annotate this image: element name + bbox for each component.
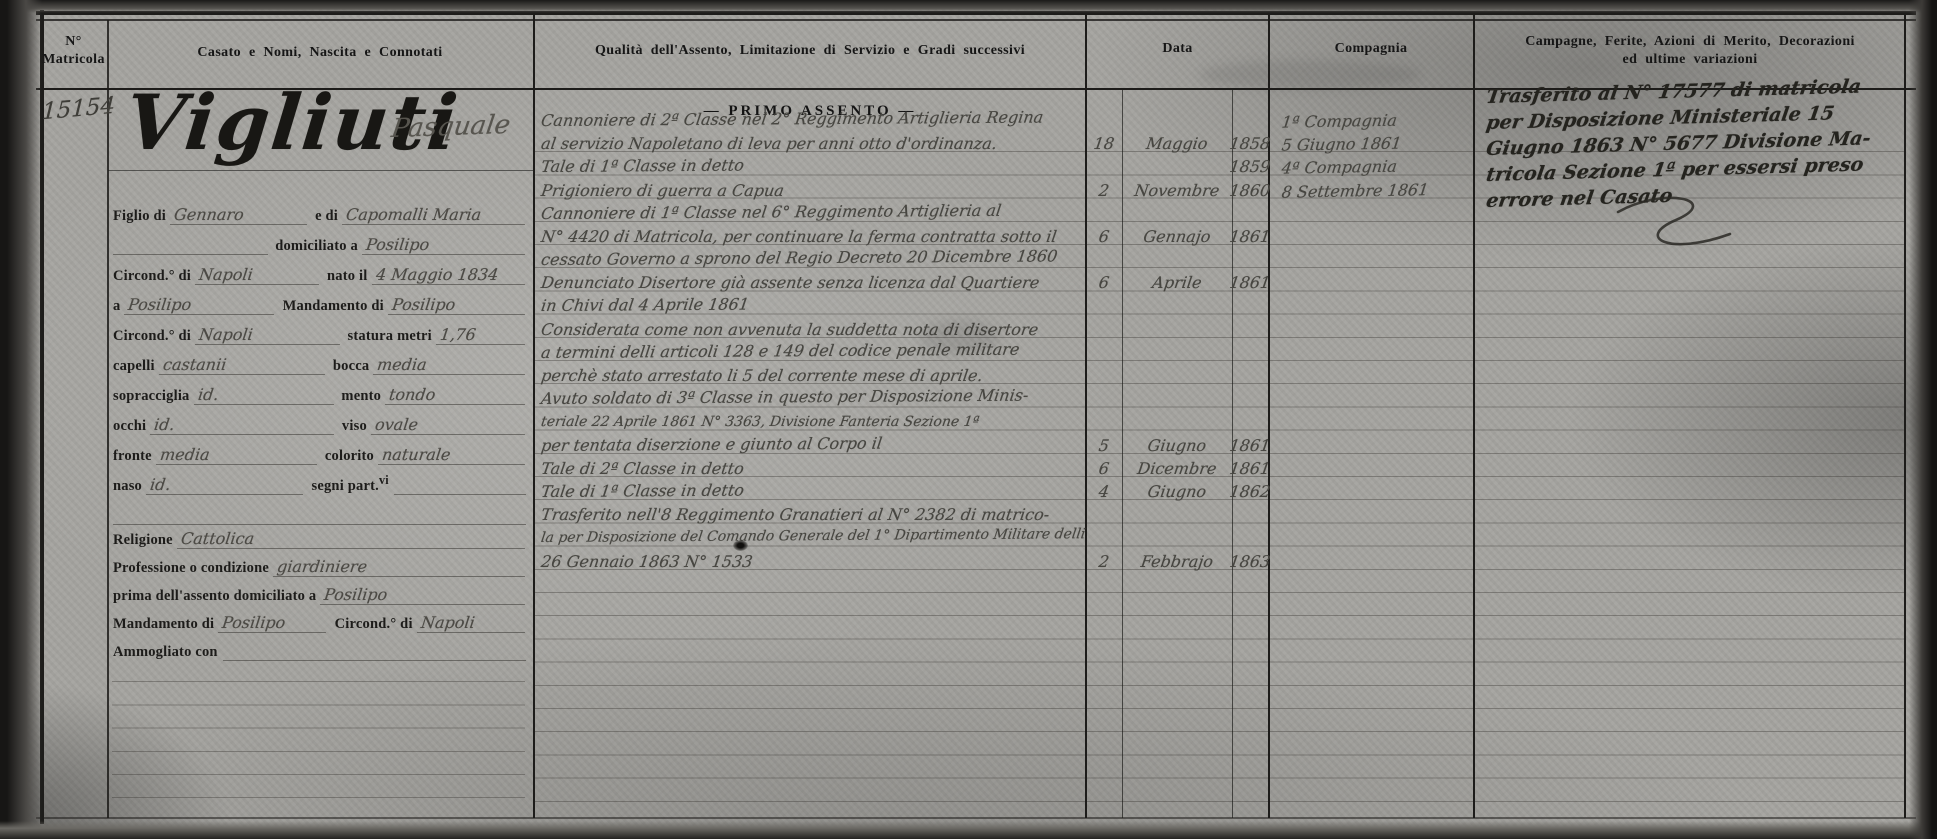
- field-value: Capomalli Maria: [342, 207, 527, 225]
- assento-line: Cannoniere di 2ª Classe nel 2° Reggiment…: [540, 107, 1091, 130]
- paper-smudge: [1200, 60, 1420, 90]
- date-year: 1863: [1227, 552, 1274, 571]
- military-register-scan: N° Matricola Casato e Nomi, Nascita e Co…: [0, 0, 1937, 839]
- matricola-number: 15154: [41, 93, 115, 126]
- field-value: Napoli: [417, 615, 528, 633]
- date-month: Aprile: [1123, 273, 1232, 292]
- date-year: 1861: [1227, 227, 1274, 246]
- flourish-mark: [1610, 198, 1740, 258]
- field-label: occhi: [113, 418, 151, 435]
- date-year: 1861: [1227, 273, 1274, 292]
- assento-line: Tale di 1ª Classe in detto: [540, 478, 1091, 501]
- assento-line: in Chivi dal 4 Aprile 1861: [540, 292, 1091, 315]
- field-value: Posilipo: [362, 237, 527, 255]
- assento-line: Cannoniere di 1ª Classe nel 6° Reggiment…: [540, 200, 1091, 223]
- field-label: bocca: [326, 358, 374, 375]
- field-row-parents: Figlio di Gennaro e di Capomalli Maria: [113, 203, 526, 225]
- field-label: domiciliato a: [268, 238, 363, 255]
- field-label: nato il: [320, 268, 372, 285]
- assento-line: Denunciato Disertore già assente senza l…: [540, 273, 1091, 292]
- assento-line: teriale 22 Aprile 1861 N° 3363, Division…: [540, 414, 1090, 430]
- field-value: [223, 660, 526, 661]
- field-value: id.: [146, 477, 306, 495]
- header-data: Data: [1090, 40, 1265, 58]
- name-underline: [108, 170, 533, 171]
- column-divider-casato: [533, 13, 535, 818]
- field-row-domicile: domiciliato a Posilipo: [113, 233, 526, 255]
- compagnia-entry: 8 Settembre 1861: [1281, 179, 1474, 201]
- assento-line: 26 Gennaio 1863 N° 1533: [540, 552, 1091, 571]
- field-label: segni part.vi: [305, 473, 394, 495]
- field-label: Circond.° di: [113, 328, 196, 345]
- field-value: ovale: [371, 417, 527, 435]
- assento-line: cessato Governo a sprono del Regio Decre…: [540, 246, 1091, 269]
- field-row-birth: Circond.° di Napoli nato il 4 Maggio 183…: [113, 263, 526, 285]
- date-year: 1861: [1227, 459, 1274, 478]
- field-row-blank: [113, 503, 526, 525]
- field-value: Posilipo: [388, 297, 527, 315]
- date-month: Maggio: [1123, 134, 1232, 153]
- date-month: Gennajo: [1123, 227, 1232, 246]
- field-label: prima dell'assento domiciliato a: [113, 588, 321, 605]
- date-day: 6: [1084, 273, 1125, 292]
- field-label: statura metri: [341, 328, 437, 345]
- field-label: sopracciglia: [113, 388, 195, 405]
- field-row-forehead-complexion: fronte media colorito naturale: [113, 443, 526, 465]
- field-row-nose-marks: naso id. segni part.vi: [113, 473, 526, 495]
- field-value: giardiniere: [273, 559, 527, 577]
- field-value: [113, 254, 268, 255]
- date-year: 1860: [1227, 181, 1274, 200]
- field-label: Circond.° di: [113, 268, 196, 285]
- field-row-prior-domicile: prima dell'assento domiciliato a Posilip…: [113, 583, 526, 605]
- field-label: capelli: [113, 358, 160, 375]
- field-label: Figlio di: [113, 208, 171, 225]
- header-matricola-line2: Matricola: [40, 51, 107, 69]
- field-row-district: Mandamento di Posilipo Circond.° di Napo…: [113, 611, 526, 633]
- date-year: 1861: [1227, 436, 1274, 455]
- field-value: Gennaro: [170, 207, 309, 225]
- date-day: 2: [1084, 181, 1125, 200]
- header-qualita: Qualità dell'Assento, Limitazione di Ser…: [540, 42, 1080, 60]
- assento-line: Trasferito nell'8 Reggimento Granatieri …: [540, 505, 1091, 524]
- field-label: Mandamento di: [113, 616, 219, 633]
- field-value: Posilipo: [320, 587, 527, 605]
- compagnia-entry: 5 Giugno 1861: [1281, 132, 1474, 154]
- field-value: [113, 524, 526, 525]
- field-label: naso: [113, 478, 147, 495]
- field-value: Posilipo: [124, 297, 276, 315]
- assento-line: N° 4420 di Matricola, per continuare la …: [540, 227, 1091, 246]
- assento-line: Prigioniero di guerra a Capua: [540, 181, 1091, 200]
- assento-line: perchè stato arrestato li 5 del corrente…: [540, 366, 1091, 385]
- field-row-birthplace: a Posilipo Mandamento di Posilipo: [113, 293, 526, 315]
- assento-line: al servizio Napoletano di leva per anni …: [540, 134, 1091, 153]
- date-month: Giugno: [1123, 436, 1232, 455]
- column-divider-matricola: [107, 20, 109, 818]
- header-matricola-line1: N°: [40, 33, 107, 51]
- field-value: [394, 494, 526, 495]
- field-row-hair-mouth: capelli castanii bocca media: [113, 353, 526, 375]
- field-value: Napoli: [195, 267, 321, 285]
- field-row-eyes-face: occhi id. viso ovale: [113, 413, 526, 435]
- photo-edge-bottom: [0, 821, 1937, 839]
- field-label: viso: [335, 418, 372, 435]
- field-value: Napoli: [195, 327, 342, 345]
- ruled-lines-left: [112, 659, 525, 814]
- field-value: Posilipo: [218, 615, 329, 633]
- photo-edge-left: [0, 0, 42, 839]
- date-month: Giugno: [1123, 482, 1232, 501]
- header-campagne-line1: Campagne, Ferite, Azioni di Merito, Deco…: [1480, 33, 1900, 51]
- field-value: id.: [150, 417, 336, 435]
- date-year: 1862: [1227, 482, 1274, 501]
- assento-line: Avuto soldato di 3ª Classe in questo per…: [540, 385, 1091, 408]
- paper-smudge: [920, 320, 1000, 354]
- date-year: 1858: [1227, 134, 1274, 153]
- date-day: 6: [1084, 459, 1125, 478]
- field-row-religion: Religione Cattolica: [113, 527, 526, 549]
- date-month: Febbrajo: [1123, 552, 1232, 571]
- field-label-superscript: vi: [379, 473, 389, 487]
- field-value: media: [373, 357, 527, 375]
- frame-top-line: [36, 11, 1916, 15]
- date-day: 2: [1084, 552, 1125, 571]
- header-matricola: N° Matricola: [40, 33, 107, 68]
- field-label: colorito: [318, 448, 379, 465]
- date-day: 6: [1084, 227, 1125, 246]
- date-month: Novembre: [1123, 181, 1232, 200]
- field-value: Cattolica: [177, 531, 527, 549]
- field-value: tondo: [385, 387, 527, 405]
- compagnia-entry: 4ª Compagnia: [1281, 155, 1474, 177]
- field-label: mento: [334, 388, 386, 405]
- header-campagne: Campagne, Ferite, Azioni di Merito, Deco…: [1480, 33, 1900, 68]
- header-campagne-line2: ed ultime variazioni: [1480, 51, 1900, 69]
- ink-blot: [733, 540, 748, 551]
- date-day: 4: [1084, 482, 1125, 501]
- column-divider-compagnia: [1473, 13, 1475, 818]
- frame-bottom-line: [36, 817, 1916, 819]
- frame-left-border: [40, 10, 44, 824]
- header-casato: Casato e Nomi, Nascita e Connotati: [110, 44, 530, 62]
- assento-line: Considerata come non avvenuta la suddett…: [540, 320, 1091, 339]
- field-label: Circond.° di: [328, 616, 418, 633]
- field-value: naturale: [378, 447, 527, 465]
- field-row-brows-chin: sopracciglia id. mento tondo: [113, 383, 526, 405]
- date-day: 5: [1084, 436, 1125, 455]
- field-value: id.: [193, 387, 335, 405]
- assento-line: a termini delli articoli 128 e 149 del c…: [540, 339, 1091, 362]
- field-value: castanii: [159, 357, 327, 375]
- field-label: Professione o condizione: [113, 560, 274, 577]
- assento-line: Tale di 2ª Classe in detto: [540, 459, 1091, 478]
- field-label: Ammogliato con: [113, 644, 223, 661]
- field-label: Mandamento di: [276, 298, 389, 315]
- field-row-stature: Circond.° di Napoli statura metri 1,76: [113, 323, 526, 345]
- assento-line: per tentata diserzione e giunto al Corpo…: [540, 432, 1091, 455]
- field-label: Religione: [113, 532, 178, 549]
- date-year: 1859: [1227, 157, 1274, 176]
- field-row-profession: Professione o condizione giardiniere: [113, 555, 526, 577]
- field-value: media: [156, 447, 319, 465]
- assento-line: Tale di 1ª Classe in detto: [540, 153, 1091, 176]
- header-compagnia: Compagnia: [1272, 40, 1470, 58]
- frame-top-line-2: [36, 19, 1916, 21]
- date-month: Dicembre: [1123, 459, 1232, 478]
- date-day: 18: [1084, 134, 1125, 153]
- record-first-name: Pasquale: [390, 110, 513, 144]
- field-row-married: Ammogliato con: [113, 639, 526, 661]
- field-value: 4 Maggio 1834: [371, 267, 527, 285]
- field-label: e di: [308, 208, 343, 225]
- field-value: 1,76: [436, 327, 527, 345]
- compagnia-entry: 1ª Compagnia: [1281, 109, 1474, 131]
- field-label: fronte: [113, 448, 157, 465]
